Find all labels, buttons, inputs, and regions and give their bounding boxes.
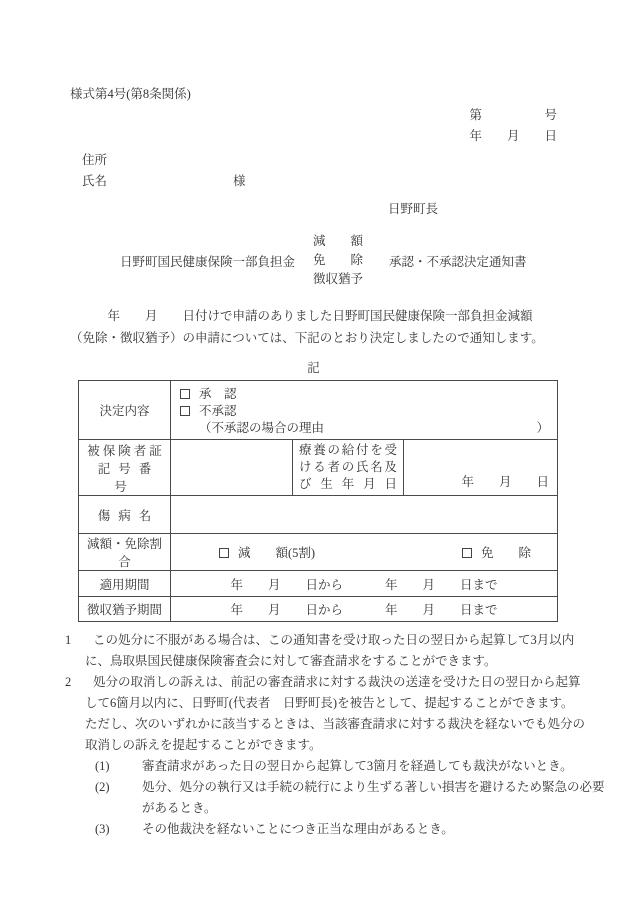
reduction-option: 減 額(5割) — [219, 543, 315, 561]
apply-period-to: 年 月 日まで — [385, 575, 498, 593]
notification-document-page: 様式第4号(第8条関係) 第 号 年 月 日 住所 氏名様 日野町長 日野町国民… — [0, 0, 630, 915]
title-option-reduction: 減 額 — [313, 232, 363, 251]
table-row-ratio: 減額・免除割合 減 額(5割) 免 除 — [79, 534, 558, 571]
note-2-line-3: ただし、次のいずれかに該当するときは、当該審査請求に対する裁決を経ないでも処分の — [65, 714, 557, 735]
deferral-period-from: 年 月 日から — [230, 600, 343, 618]
ratio-content-cell: 減 額(5割) 免 除 — [171, 534, 558, 571]
address-label: 住所 — [82, 150, 557, 171]
subnote-2: (2)処分、処分の執行又は手続の続行により生ずる著しい損害を避けるため緊急の必要 — [95, 777, 557, 798]
form-number: 様式第4号(第8条関係) — [70, 85, 557, 103]
deferral-period-to: 年 月 日まで — [385, 600, 498, 618]
note-1-line-2: に、鳥取県国民健康保険審査会に対して審査請求をすることができます。 — [65, 651, 557, 672]
disease-value-cell — [171, 496, 558, 534]
subnote-2-line-1: 処分、処分の執行又は手続の続行により生ずる著しい損害を避けるため緊急の必要 — [142, 780, 605, 794]
rejection-reason-close: ） — [537, 420, 550, 437]
subnote-1-line-1: 審査請求があった日の翌日から起算して3箇月を経過しても裁決がないとき。 — [142, 759, 573, 773]
recipient-birth-date-cell: 年 月 日 — [404, 440, 558, 496]
note-1-number: 1 — [65, 630, 93, 651]
note-2: 2処分の取消しの訴えは、前記の審査請求に対する裁決の送達を受けた日の翌日から起算 — [65, 672, 557, 693]
exemption-option-label: 免 除 — [481, 546, 531, 560]
table-row-decision: 決定内容 承 認 不承認 （不承認の場合の理由） — [79, 381, 558, 440]
insured-card-label-line1: 被保険者証 — [81, 441, 168, 459]
subnote-1-number: (1) — [95, 756, 142, 777]
document-number-line: 第 号 — [467, 105, 557, 126]
decision-label: 決定内容 — [79, 381, 171, 440]
note-1: 1この処分に不服がある場合は、この通知書を受け取った日の翌日から起算して3月以内 — [65, 630, 557, 651]
apply-period-from: 年 月 日から — [230, 575, 343, 593]
document-number-block: 第 号 年 月 日 — [467, 105, 557, 147]
disease-label: 傷病名 — [79, 496, 171, 534]
table-row-deferral-period: 徴収猶予期間 年 月 日から年 月 日まで — [79, 597, 558, 622]
title-option-deferral: 徴収猶予 — [313, 270, 363, 289]
note-2-line-1: 処分の取消しの訴えは、前記の審査請求に対する裁決の送達を受けた日の翌日から起算 — [93, 675, 581, 689]
subnote-2-line-2: があるとき。 — [95, 798, 557, 819]
approve-option-label: 承 認 — [199, 387, 237, 401]
table-row-disease: 傷病名 — [79, 496, 558, 534]
subnote-3-number: (3) — [95, 819, 142, 840]
decision-content-cell: 承 認 不承認 （不承認の場合の理由） — [171, 381, 558, 440]
note-2-line-2: して6箇月以内に、日野町(代表者 日野町長)を被告として、提起することができます… — [65, 693, 557, 714]
body-line-1: 年 月 日付けで申請のありました日野町国民健康保険一部負担金減額 — [70, 305, 557, 327]
approve-option: 承 認 — [180, 386, 549, 403]
body-paragraph: 年 月 日付けで申請のありました日野町国民健康保険一部負担金減額 （免除・徴収猶… — [70, 305, 557, 349]
title-suffix: 承認・不承認決定通知書 — [389, 252, 527, 270]
reject-option: 不承認 — [180, 403, 549, 420]
checkbox-reject-icon — [180, 406, 190, 416]
issue-date-line: 年 月 日 — [467, 126, 557, 147]
subnote-3-line-1: その他裁決を経ないことにつき正当な理由があるとき。 — [142, 822, 454, 836]
note-1-line-1: この処分に不服がある場合は、この通知書を受け取った日の翌日から起算して3月以内 — [93, 633, 574, 647]
reduction-option-label: 減 額(5割) — [238, 546, 315, 560]
checkbox-exemption-icon — [462, 548, 472, 558]
note-2-line-4: 取消しの訴えを提起することができます。 — [65, 735, 557, 756]
rejection-reason-open: （不承認の場合の理由 — [199, 420, 324, 437]
title-option-stack: 減 額 免 除 徴収猶予 — [313, 232, 363, 289]
title-main: 日野町国民健康保険一部負担金 — [120, 252, 295, 270]
subnote-3: (3)その他裁決を経ないことにつき正当な理由があるとき。 — [95, 819, 557, 840]
table-row-insured-card: 被保険者証 記号番号 療養の給付を受ける者の氏名及び生年月日 年 月 日 — [79, 440, 558, 496]
document-title: 日野町国民健康保険一部負担金 減 額 免 除 徴収猶予 承認・不承認決定通知書 — [120, 232, 557, 289]
section-marker: 記 — [70, 359, 557, 377]
decision-table: 決定内容 承 認 不承認 （不承認の場合の理由） 被保険者証 記号番号 療養の給… — [78, 380, 558, 622]
subnote-1: (1)審査請求があった日の翌日から起算して3箇月を経過しても裁決がないとき。 — [95, 756, 557, 777]
insured-card-number-cell — [171, 440, 293, 496]
title-option-exemption: 免 除 — [313, 251, 363, 270]
recipient-label: 療養の給付を受ける者の氏名及び生年月日 — [293, 440, 404, 496]
insured-card-label-line2: 記号番号 — [81, 459, 168, 495]
deferral-period-cell: 年 月 日から年 月 日まで — [171, 597, 558, 622]
honorific: 様 — [233, 174, 246, 188]
note-2-number: 2 — [65, 672, 93, 693]
table-row-apply-period: 適用期間 年 月 日から年 月 日まで — [79, 571, 558, 597]
apply-period-label: 適用期間 — [79, 571, 171, 597]
insured-card-label: 被保険者証 記号番号 — [79, 440, 171, 496]
deferral-period-label: 徴収猶予期間 — [79, 597, 171, 622]
subnotes: (1)審査請求があった日の翌日から起算して3箇月を経過しても裁決がないとき。 (… — [95, 756, 557, 840]
subnote-2-number: (2) — [95, 777, 142, 798]
name-label: 氏名 — [82, 174, 107, 188]
checkbox-reduction-icon — [219, 548, 229, 558]
rejection-reason-row: （不承認の場合の理由） — [180, 420, 549, 437]
exemption-option: 免 除 — [462, 543, 531, 561]
checkbox-approve-icon — [180, 389, 190, 399]
reject-option-label: 不承認 — [199, 404, 237, 418]
body-line-2: （免除・徴収猶予）の申請については、下記のとおり決定しましたので通知します。 — [70, 327, 557, 349]
apply-period-cell: 年 月 日から年 月 日まで — [171, 571, 558, 597]
sender-mayor: 日野町長 — [388, 200, 557, 218]
footnotes: 1この処分に不服がある場合は、この通知書を受け取った日の翌日から起算して3月以内… — [65, 630, 557, 840]
ratio-label: 減額・免除割合 — [79, 534, 171, 571]
addressee-name-row: 氏名様 — [82, 171, 557, 192]
